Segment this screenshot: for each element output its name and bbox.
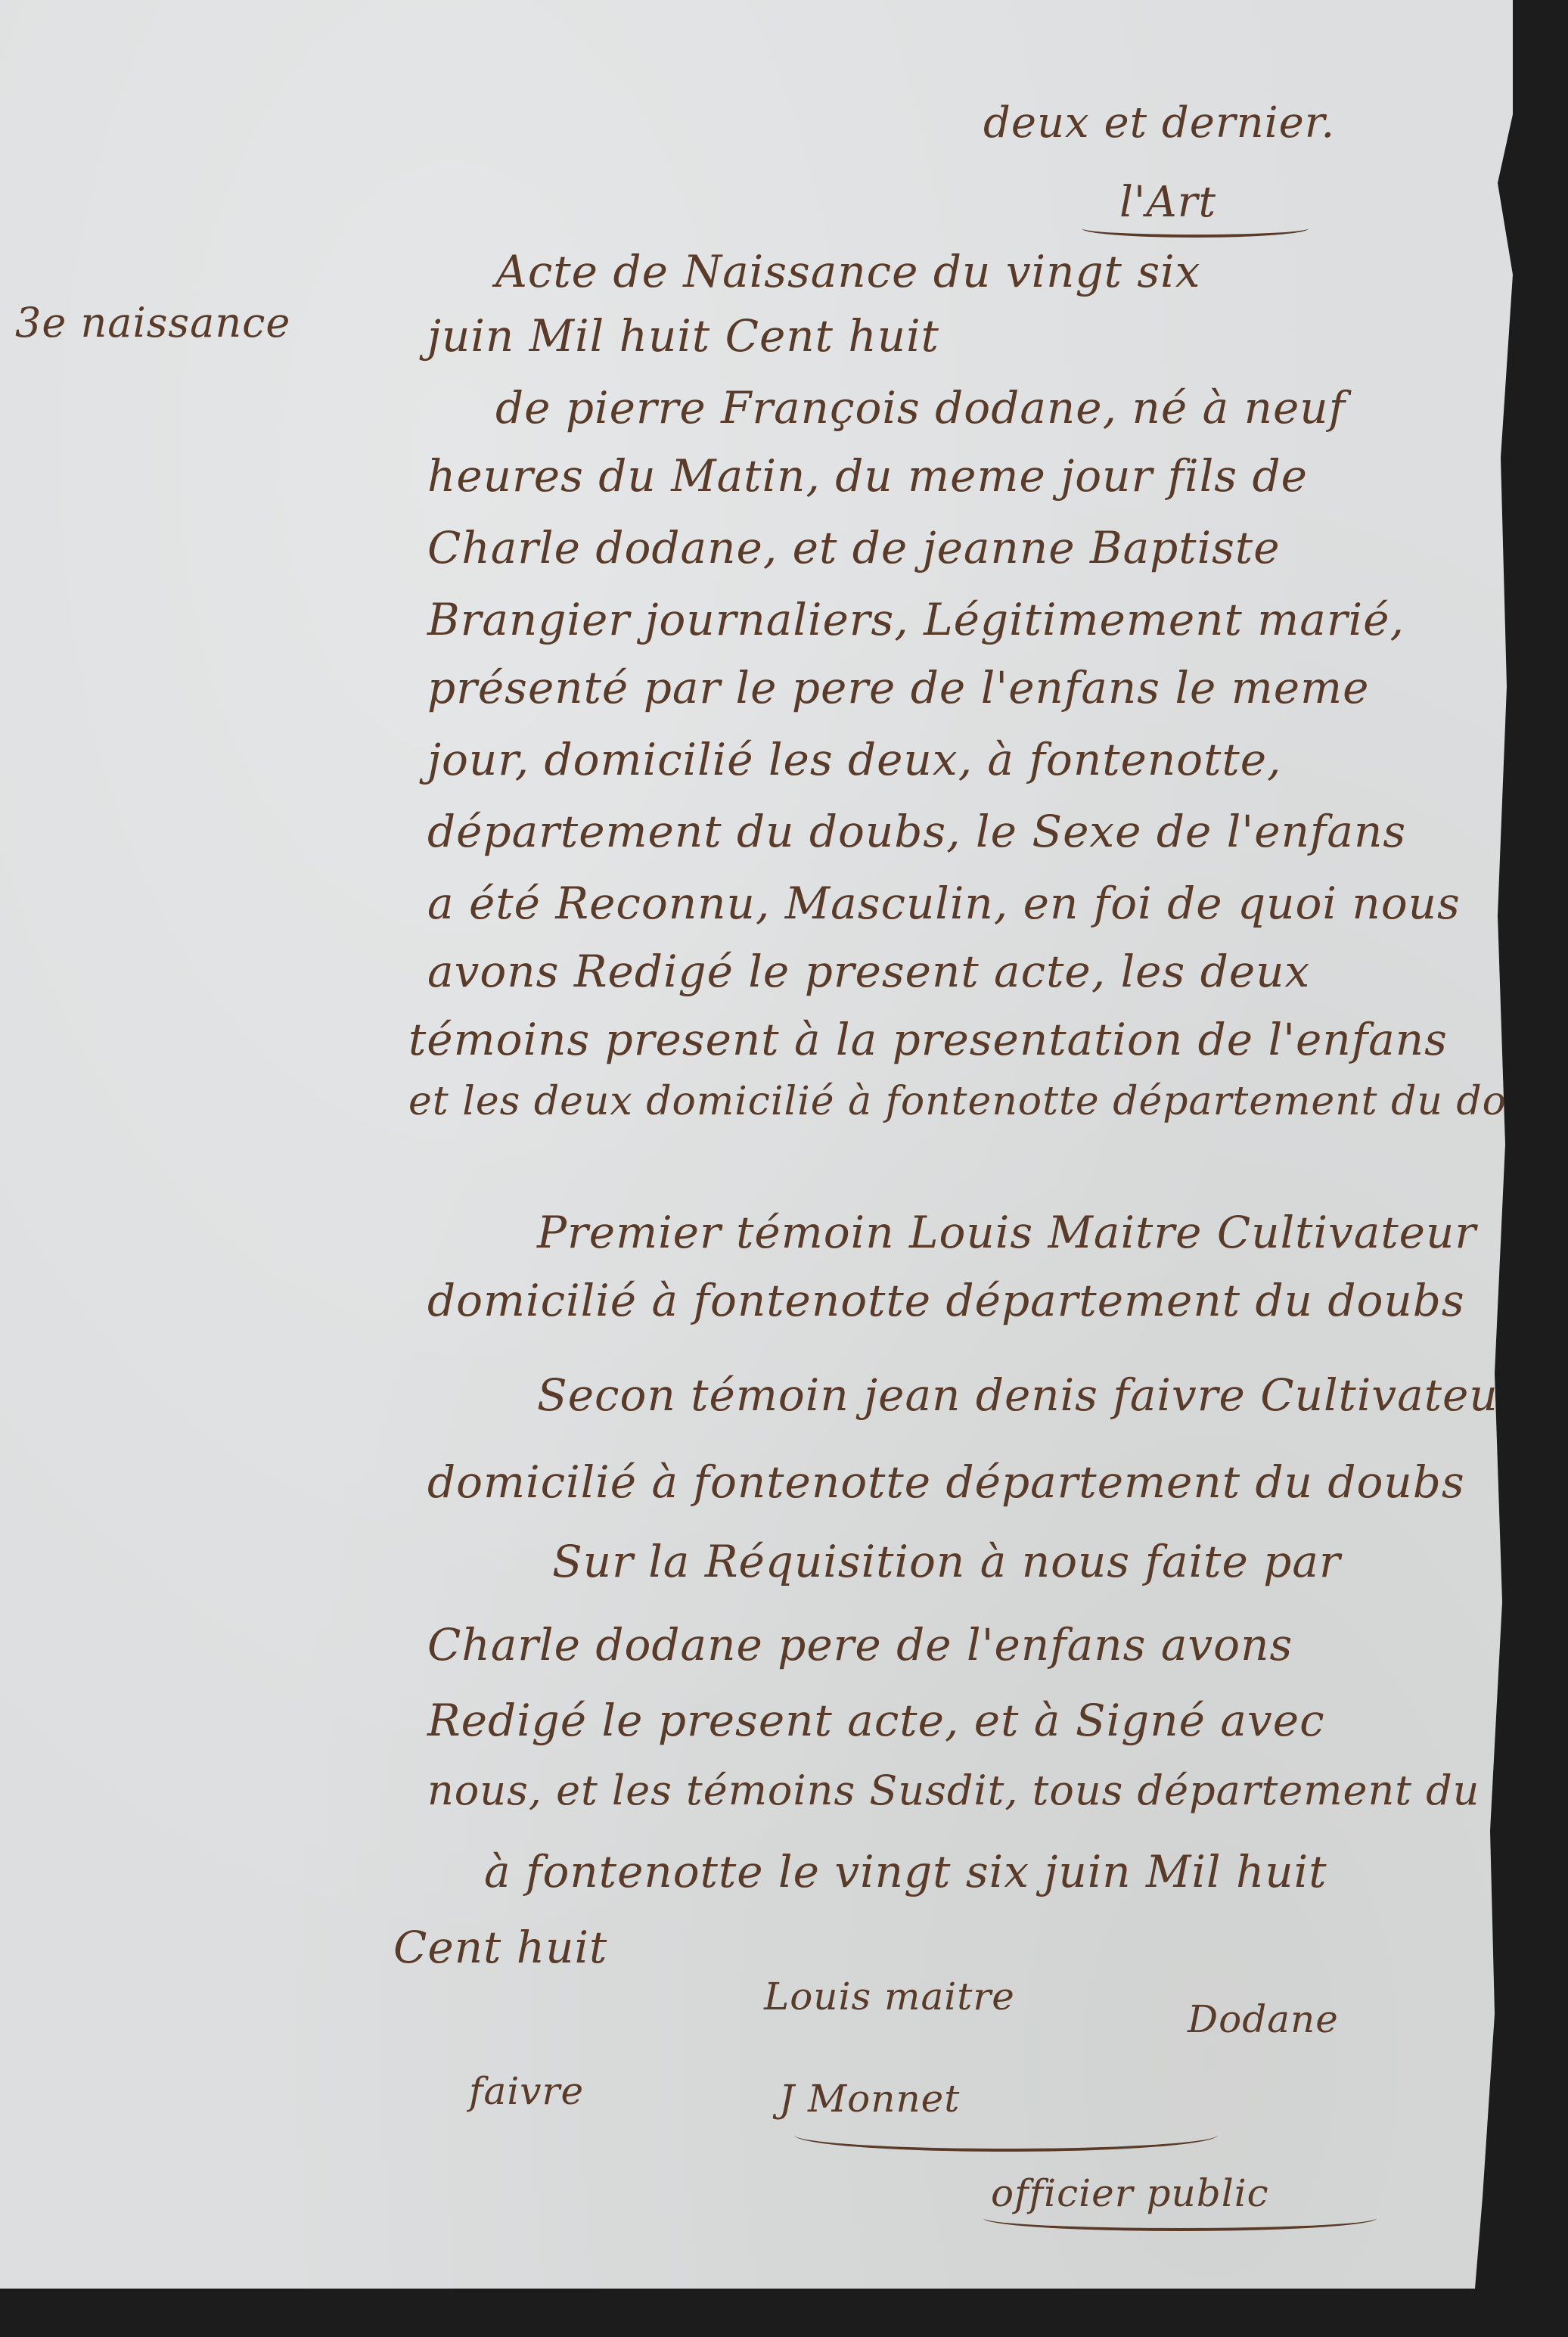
body-line: Acte de Naissance du vingt six	[495, 250, 1200, 294]
body-line: nous, et les témoins Susdit, tous départ…	[427, 1770, 1568, 1811]
body-line: Secon témoin jean denis faivre Cultivate…	[537, 1373, 1520, 1417]
body-line: Premier témoin Louis Maitre Cultivateur	[537, 1210, 1476, 1254]
body-line: Charle dodane pere de l'enfans avons	[427, 1623, 1293, 1667]
body-line: heures du Matin, du meme jour fils de	[427, 454, 1308, 498]
body-line: jour, domicilié les deux, à fontenotte,	[427, 738, 1281, 782]
body-line: a été Reconnu, Masculin, en foi de quoi …	[427, 881, 1461, 925]
officer-title-flourish	[983, 2205, 1377, 2231]
margin-note: 3e naissance	[15, 299, 290, 347]
document-page: deux et dernier. l'Art 3e naissance Acte…	[0, 0, 1513, 2289]
body-line: juin Mil huit Cent huit	[427, 314, 939, 358]
signature-witness-1: Louis maitre	[764, 1975, 1015, 2018]
body-line: Cent huit	[393, 1925, 607, 1969]
header-underline	[1082, 219, 1309, 238]
body-line: département du doubs, le Sexe de l'enfan…	[427, 810, 1406, 853]
signature-witness-2: faivre	[469, 2069, 584, 2113]
header-note: deux et dernier.	[983, 98, 1335, 148]
signature-officer: J Monnet	[779, 2077, 960, 2121]
body-line: domicilié à fontenotte département du do…	[427, 1460, 1465, 1504]
body-line: Sur la Réquisition à nous faite par	[552, 1540, 1341, 1583]
body-line: domicilié à fontenotte département du do…	[427, 1279, 1465, 1322]
officer-signature-flourish	[794, 2118, 1218, 2152]
signature-father: Dodane	[1188, 1997, 1339, 2041]
body-line: présenté par le pere de l'enfans le meme	[427, 666, 1369, 710]
body-line: témoins present à la presentation de l'e…	[408, 1018, 1448, 1061]
body-line: avons Redigé le present acte, les deux	[427, 949, 1310, 993]
body-line: Redigé le present acte, et à Signé avec	[427, 1698, 1325, 1742]
body-line: et les deux domicilié à fontenotte dépar…	[408, 1082, 1568, 1121]
body-line: Brangier journaliers, Légitimement marié…	[427, 598, 1405, 642]
body-line: à fontenotte le vingt six juin Mil huit	[484, 1850, 1327, 1894]
body-line: de pierre François dodane, né à neuf	[495, 386, 1346, 430]
body-line: Charle dodane, et de jeanne Baptiste	[427, 526, 1281, 570]
